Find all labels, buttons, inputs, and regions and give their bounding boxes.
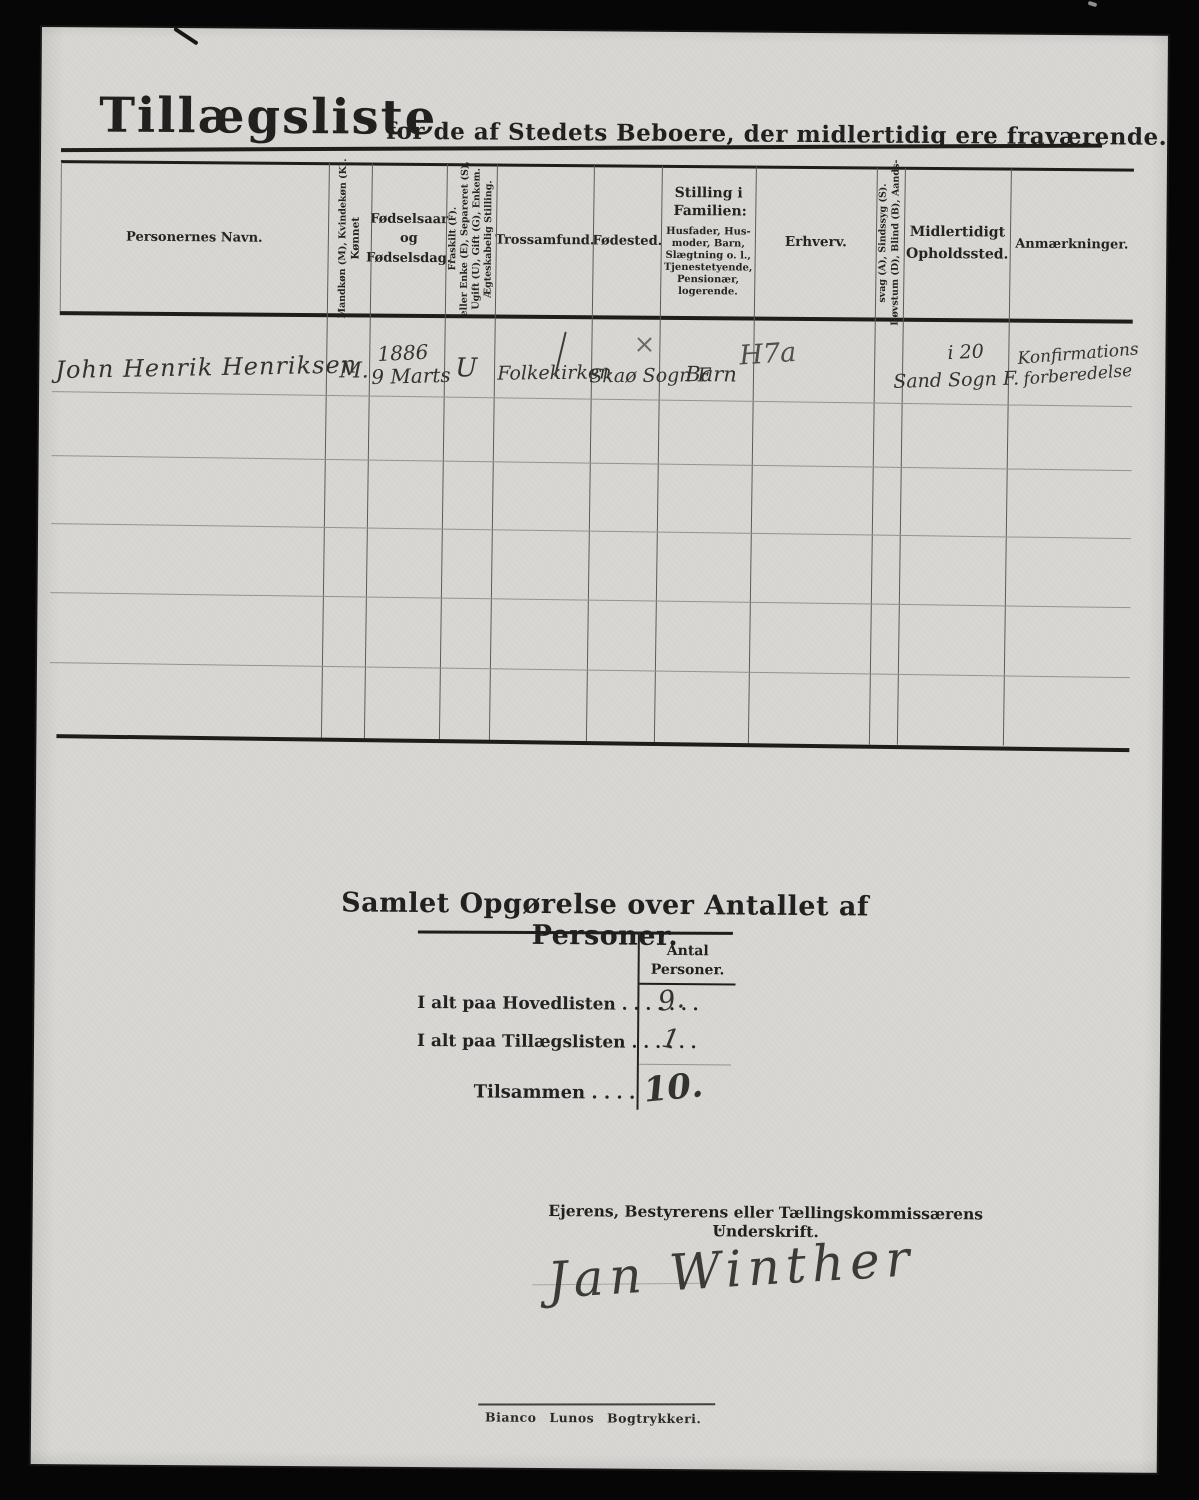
header-cell-aegteskabelig: Ægteskabelig Stilling. Ugift (U), Gift (… xyxy=(446,165,497,313)
column-label: Midlertidigt xyxy=(906,220,1009,243)
column-label: Døvstum (D), Blind (B), Aands- xyxy=(890,160,904,326)
column-sublabel: Husfader, Hus- xyxy=(664,226,753,239)
column-sublabel: Slægtning o. l., xyxy=(664,250,753,263)
column-label: Ægteskabelig Stilling. xyxy=(483,162,496,317)
column-label: Stilling i Familien: xyxy=(674,184,744,221)
entry-sex: M. xyxy=(339,358,369,383)
paper-sheet: Tillægsliste for de af Stedets Beboere, … xyxy=(31,27,1168,1473)
column-sublabel: Mandkøn (M), Kvindekøn (K). xyxy=(336,158,350,318)
column-label: Fødselsaar xyxy=(366,209,451,229)
scan-speck xyxy=(1088,1,1098,8)
entry-birth-year: 1886 xyxy=(377,340,429,366)
entry-stay-note: i 20 xyxy=(947,340,984,364)
summary-row-value: 9. xyxy=(656,983,687,1018)
table-bottom-rule xyxy=(56,734,1129,752)
entry-marital-status: U xyxy=(455,353,477,383)
row-divider-line xyxy=(51,592,1131,608)
summary-subtotal-rule xyxy=(639,1064,731,1066)
header-cell-erhverv: Erhverv. xyxy=(755,168,877,317)
row-divider-line xyxy=(51,523,1131,539)
column-label: Fødselsdag. xyxy=(366,248,451,268)
header-cell-opholdssted: Midlertidigt Opholdssted. xyxy=(904,169,1011,318)
signature-caption: Ejerens, Bestyrerens eller Tællingskommi… xyxy=(510,1201,1020,1243)
summary-total-label: Tilsammen . . . . xyxy=(474,1081,629,1103)
signature-handwriting: Jan Winther xyxy=(546,1229,917,1310)
pen-x-mark: × xyxy=(633,330,655,360)
summary-colheader-rule xyxy=(639,983,735,986)
scanned-census-page: Tillægsliste for de af Stedets Beboere, … xyxy=(0,0,1199,1500)
column-sublabel: Tjenestetyende, xyxy=(664,262,753,275)
header-cell-doevstum: Døvstum (D), Blind (B), Aands- svag (A),… xyxy=(876,169,905,317)
column-label: Personernes Navn. xyxy=(126,229,263,245)
column-label: Fødested. xyxy=(592,233,662,249)
pen-checkmark xyxy=(173,27,199,46)
header-cell-foedsel: Fødselsaar og Fødselsdag. xyxy=(371,165,447,314)
summary-row-label: I alt paa Tillægslisten . . . . . . xyxy=(417,1031,697,1053)
header-cell-anmaerkninger: Anmærkninger. xyxy=(1010,170,1134,319)
column-label: Trossamfund. xyxy=(495,232,594,248)
header-cell-trossamfund: Trossamfund. xyxy=(496,166,594,315)
column-sublabel: Pensionær, xyxy=(664,274,753,287)
column-sublabel: logerende. xyxy=(664,286,753,299)
column-sublabel: eller Enke (E), Separeret (S), xyxy=(459,162,472,317)
entry-temporary-residence: Sand Sogn F. xyxy=(893,367,1020,392)
column-label: svag (A), Sindssyg (S). xyxy=(877,160,891,326)
column-label: Erhverv. xyxy=(785,234,847,250)
entry-birth-day: 9 Marts xyxy=(371,363,451,389)
column-label: Opholdssted. xyxy=(906,243,1009,266)
entry-family-position: Barn xyxy=(685,362,737,386)
header-cell-stilling: Stilling i Familien: Husfader, Hus- mode… xyxy=(661,167,756,316)
row-divider-line xyxy=(52,391,1132,407)
header-cell-foedested: Fødested. xyxy=(593,166,662,315)
column-label: og xyxy=(366,229,451,249)
printer-name: Bianco Lunos Bogtrykkeri. xyxy=(485,1410,701,1427)
row-divider-line xyxy=(50,662,1130,678)
printer-rule xyxy=(478,1403,715,1405)
summary-total-value: 10. xyxy=(642,1065,705,1111)
summary-heading: Samlet Opgørelse over Antallet af Person… xyxy=(290,887,920,954)
header-cell-navn: Personernes Navn. xyxy=(60,162,329,312)
entry-name: John Henrik Henriksen xyxy=(55,351,357,385)
column-label: Kønnet xyxy=(349,158,364,318)
column-sublabel: moder, Barn, xyxy=(664,238,753,251)
signature-dot xyxy=(719,1228,722,1231)
title-underline xyxy=(61,144,1102,153)
row-divider-line xyxy=(52,455,1132,471)
column-sublabel: Ugift (U), Gift (G), Enkem. xyxy=(471,162,484,317)
summary-col-header: Antal Personer. xyxy=(640,942,736,981)
pen-code-mark: H7a xyxy=(739,337,798,371)
column-label: Anmærkninger. xyxy=(1015,236,1128,252)
